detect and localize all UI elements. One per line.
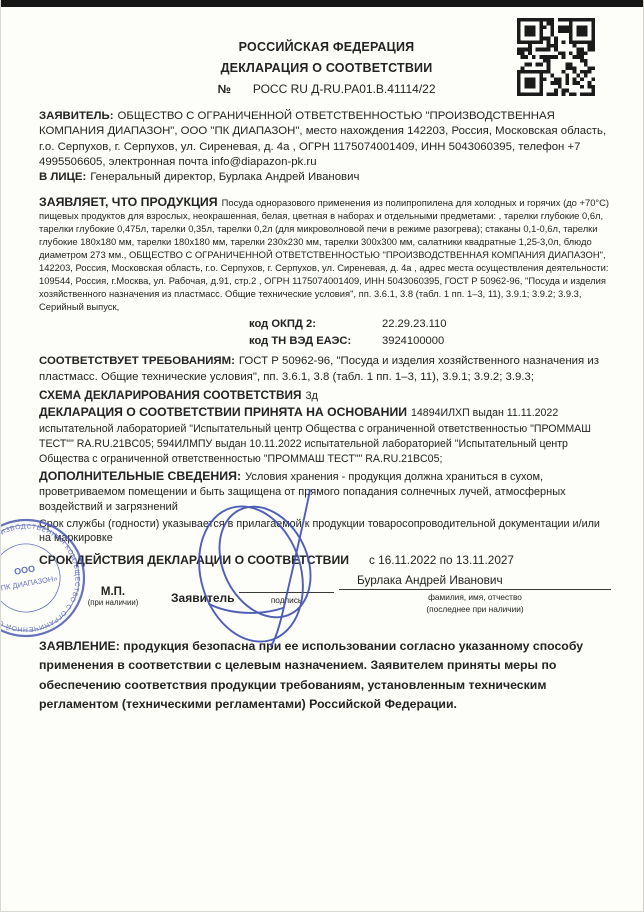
statement-label: ЗАЯВЛЕНИЕ:	[39, 639, 120, 653]
requirements-paragraph: СООТВЕТСТВУЕТ ТРЕБОВАНИЯМ:ГОСТ Р 50962-9…	[39, 354, 614, 385]
declaration-document-page: РОССИЙСКАЯ ФЕДЕРАЦИЯ ДЕКЛАРАЦИЯ О СООТВЕ…	[0, 0, 644, 912]
product-paragraph: ЗАЯВЛЯЕТ, ЧТО ПРОДУКЦИЯПосуда одноразово…	[39, 196, 614, 313]
mp-note: (при наличии)	[83, 598, 143, 607]
stamp-center-line1: ООО	[13, 563, 35, 576]
codes-block: код ОКПД 2:22.29.23.110 код ТН ВЭД ЕАЭС:…	[249, 316, 614, 349]
basis-label: ДЕКЛАРАЦИЯ О СООТВЕТСТВИИ ПРИНЯТА НА ОСН…	[39, 405, 407, 419]
shelf-life-note: Срок службы (годности) указывается в при…	[39, 517, 614, 546]
signature-caption: подпись	[239, 595, 334, 605]
signatory-name: Бурлака Андрей Иванович	[339, 573, 611, 587]
declaration-number: РОСС RU Д-RU.РА01.В.41114/22	[253, 82, 436, 96]
validity-value: с 16.11.2022 по 13.11.2027	[369, 553, 514, 567]
name-caption-2: (последнее при наличии)	[339, 604, 611, 615]
product-label: ЗАЯВЛЯЕТ, ЧТО ПРОДУКЦИЯ	[39, 195, 218, 209]
tnved-code-line: код ТН ВЭД ЕАЭС:3924100000	[249, 333, 614, 350]
mp-label: М.П.	[83, 586, 143, 598]
scheme-label: СХЕМА ДЕКЛАРИРОВАНИЯ СООТВЕТСТВИЯ	[39, 388, 301, 402]
scheme-value: 3д	[305, 390, 318, 402]
okpd-label: код ОКПД 2:	[249, 316, 382, 333]
stamp-place-label: М.П. (при наличии)	[83, 586, 143, 607]
signatory-name-field: Бурлака Андрей Иванович фамилия, имя, от…	[339, 573, 611, 615]
statement-paragraph: ЗАЯВЛЕНИЕ: продукция безопасна при ее ис…	[39, 637, 591, 715]
document-header: РОССИЙСКАЯ ФЕДЕРАЦИЯ ДЕКЛАРАЦИЯ О СООТВЕ…	[39, 37, 614, 100]
additional-info-label: ДОПОЛНИТЕЛЬНЫЕ СВЕДЕНИЯ:	[39, 469, 241, 483]
name-caption-1: фамилия, имя, отчество	[339, 592, 611, 603]
okpd-value: 22.29.23.110	[382, 318, 447, 330]
scan-top-edge	[1, 0, 643, 7]
okpd-code-line: код ОКПД 2:22.29.23.110	[249, 316, 614, 333]
number-sign: №	[217, 82, 230, 96]
document-title: ДЕКЛАРАЦИЯ О СООТВЕТСТВИИ	[39, 58, 614, 79]
in-person-paragraph: В ЛИЦЕ:Генеральный директор, Бурлака Анд…	[39, 170, 614, 185]
document-body: РОССИЙСКАЯ ФЕДЕРАЦИЯ ДЕКЛАРАЦИЯ О СООТВЕ…	[39, 7, 614, 715]
tnved-label: код ТН ВЭД ЕАЭС:	[249, 333, 382, 350]
basis-paragraph: ДЕКЛАРАЦИЯ О СООТВЕТСТВИИ ПРИНЯТА НА ОСН…	[39, 405, 614, 467]
applicant-paragraph: ЗАЯВИТЕЛЬ:ОБЩЕСТВО С ОГРАНИЧЕННОЙ ОТВЕТС…	[39, 109, 614, 170]
in-person-label: В ЛИЦЕ:	[39, 171, 86, 183]
validity-label: СРОК ДЕЙСТВИЯ ДЕКЛАРАЦИИ О СООТВЕТСТВИИ	[39, 553, 349, 567]
signature-rule	[239, 592, 334, 593]
signature-field: подпись	[239, 592, 334, 605]
signature-zone: М.П. (при наличии) Заявитель подпись Бур…	[39, 567, 614, 631]
name-rule	[339, 589, 611, 590]
applicant-text: ОБЩЕСТВО С ОГРАНИЧЕННОЙ ОТВЕТСТВЕННОСТЬЮ…	[39, 110, 606, 168]
additional-info-paragraph: ДОПОЛНИТЕЛЬНЫЕ СВЕДЕНИЯ:Условия хранения…	[39, 469, 614, 514]
statement-text: продукция безопасна при ее использовании…	[39, 639, 583, 712]
requirements-label: СООТВЕТСТВУЕТ ТРЕБОВАНИЯМ:	[39, 355, 235, 367]
declaration-number-line: №РОСС RU Д-RU.РА01.В.41114/22	[39, 79, 614, 100]
scheme-line: СХЕМА ДЕКЛАРИРОВАНИЯ СООТВЕТСТВИЯ3д	[39, 388, 614, 402]
applicant-label: ЗАЯВИТЕЛЬ:	[39, 110, 114, 122]
in-person-text: Генеральный директор, Бурлака Андрей Ива…	[90, 171, 359, 183]
tnved-value: 3924100000	[382, 335, 444, 347]
product-text: Посуда одноразового применения из полипр…	[39, 197, 609, 312]
validity-line: СРОК ДЕЙСТВИЯ ДЕКЛАРАЦИИ О СООТВЕТСТВИИс…	[39, 553, 614, 567]
country-title: РОССИЙСКАЯ ФЕДЕРАЦИЯ	[39, 37, 614, 58]
applicant-sign-label: Заявитель	[171, 591, 235, 605]
